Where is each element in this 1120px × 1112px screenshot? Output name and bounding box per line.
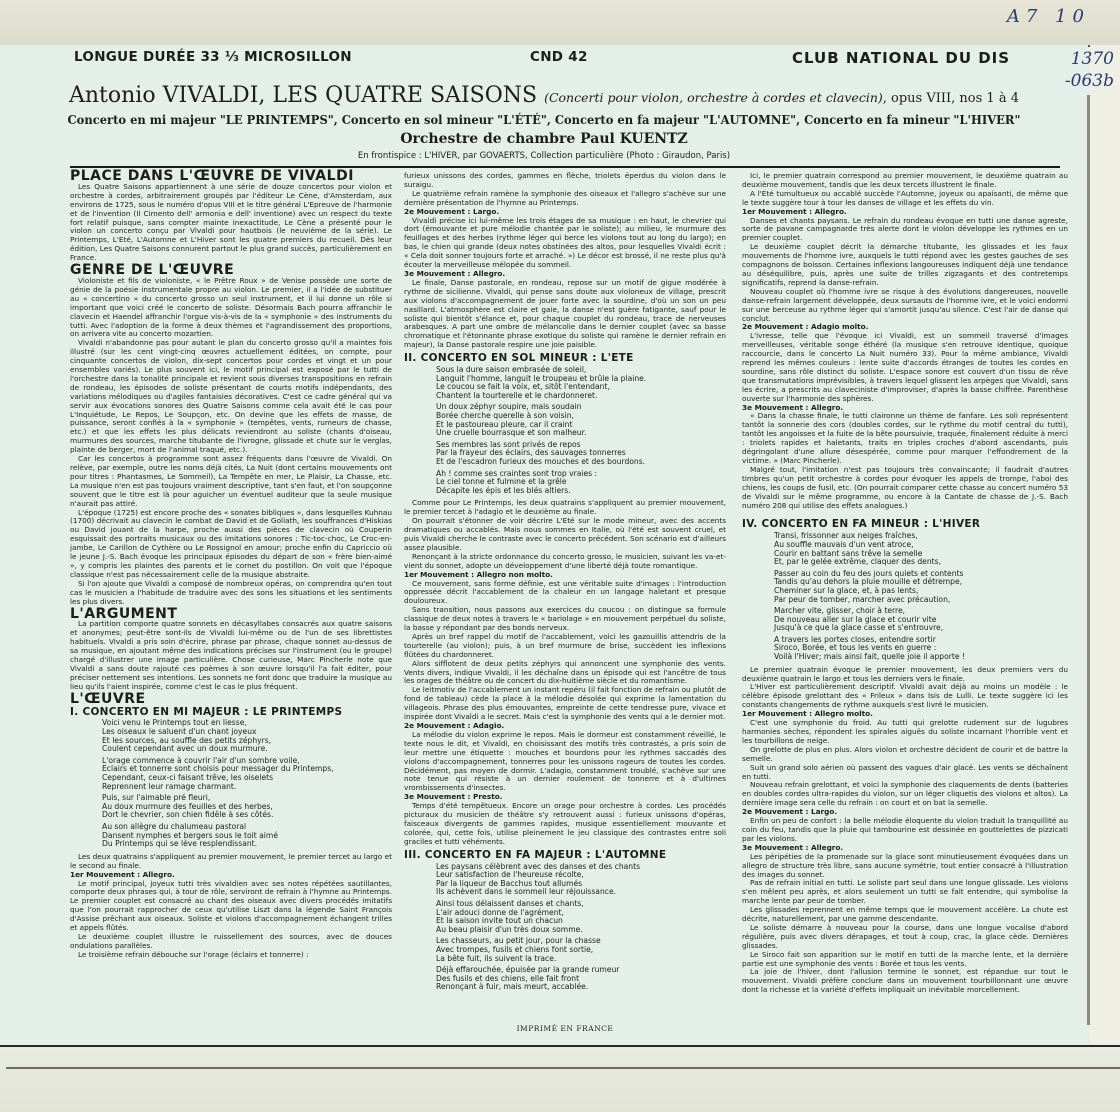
paragraph: Malgré tout, l'imitation n'est pas toujo…	[742, 466, 1068, 511]
paragraph: Le premier quatrain évoque le premier mo…	[742, 666, 1068, 684]
title-main: Antonio VIVALDI, LES QUATRE SAISONS	[69, 83, 537, 108]
column-3: Ici, le premier quatrain correspond au p…	[742, 172, 1068, 995]
paragraph: Le motif principal, joyeux tutti très vi…	[70, 880, 392, 933]
stanza: Passer au coin du feu des jours quiets e…	[774, 570, 1068, 604]
section-heading: PLACE DANS L'ŒUVRE DE VIVALDI	[70, 172, 392, 181]
stanza: Ses membres las sont privés de reposPar …	[436, 441, 726, 467]
title-opus: , opus VIII, nos 1 à 4	[883, 91, 1019, 106]
verse-line: Jusqu'à ce que la glace casse et s'entro…	[774, 624, 1068, 633]
paragraph: Si l'on ajoute que Vivaldi a composé de …	[70, 580, 392, 607]
paragraph: Sans transition, nous passons aux exerci…	[404, 606, 726, 633]
verse-line: Ils achèvent dans le sommeil leur réjoui…	[436, 888, 726, 897]
printed-in-france: IMPRIMÉ EN FRANCE	[404, 1024, 726, 1033]
verse-line: Coulent cependant avec un doux murmure.	[102, 745, 392, 754]
paragraph: Les Quatre Saisons appartiennent à une s…	[70, 183, 392, 263]
verse-line: Voilà l'Hiver; mais ainsi fait, quelle j…	[774, 653, 1068, 662]
stanza: L'orage commence à couvrir l'air d'un so…	[102, 757, 392, 791]
handwritten-note-top: A7 10	[1007, 6, 1090, 27]
paragraph: « Dans la chasse finale, le tutti clairo…	[742, 412, 1068, 465]
stanza: Un doux zéphyr soupire, mais soudainBoré…	[436, 403, 726, 437]
paragraph: Le troisième refrain débouche sur l'orag…	[70, 951, 392, 960]
paragraph: Vivaldi n'abandonne pas pour autant le p…	[70, 339, 392, 455]
stanza: Sous la dure saison embrasée de soleil,L…	[436, 366, 726, 400]
paragraph: Le deuxième couplet illustre le ruissell…	[70, 933, 392, 951]
album-subtitle: Concerto en mi majeur "LE PRINTEMPS", Co…	[44, 112, 1045, 127]
paragraph: Car les concertos à programme sont assez…	[70, 455, 392, 508]
concerto-heading: III. CONCERTO EN FA MAJEUR : L'AUTOMNE	[404, 851, 726, 860]
paragraph: Nouveau couplet où l'homme ivre se risqu…	[742, 288, 1068, 324]
verse-line: Du Printemps qui se lève resplendissant.	[102, 840, 392, 849]
paragraph: La partition comporte quatre sonnets en …	[70, 620, 392, 691]
concerto-heading: IV. CONCERTO EN FA MINEUR : L'HIVER	[742, 520, 1068, 529]
stanza: Les paysans célèbrent avec des danses et…	[436, 863, 726, 897]
paragraph: Le soliste démarre à nouveau pour la cou…	[742, 924, 1068, 951]
verse-line: Par peur de tomber, marcher avec précaut…	[774, 596, 1068, 605]
paragraph: La joie de l'hiver, dont l'allusion term…	[742, 968, 1068, 995]
stanza: Déjà effarouchée, épuisée par la grande …	[436, 966, 726, 992]
paragraph: L'ivresse, telle que l'évoque ici Vivald…	[742, 332, 1068, 403]
paragraph: C'est une symphonie du froid. Au tutti q…	[742, 719, 1068, 746]
verse-line: Au beau plaisir d'un très doux somme.	[436, 926, 726, 935]
paragraph: Enfin un peu de confort : la belle mélod…	[742, 817, 1068, 844]
verse-line: Décapite les épis et les blés altiers.	[436, 487, 726, 496]
paragraph: Le finale, Danse pastorale, en rondeau, …	[404, 279, 726, 350]
verse-line: La bête fuit, ils suivent la trace.	[436, 955, 726, 964]
paragraph: Vivaldi précise ici lui-même les trois é…	[404, 217, 726, 270]
sonnet-ete: Sous la dure saison embrasée de soleil,L…	[436, 366, 726, 495]
orchestra-credit: Orchestre de chambre Paul KUENTZ	[0, 131, 1088, 147]
verse-line: Et, par le gelée extrême, claquer des de…	[774, 558, 1068, 567]
paragraph: On pourrait s'étonner de voir décrire L'…	[404, 517, 726, 553]
stanza: Au son allègre du chalumeau pastoralDans…	[102, 823, 392, 849]
sleeve-right-strip	[1090, 45, 1120, 1055]
column-1: PLACE DANS L'ŒUVRE DE VIVALDI Les Quatre…	[70, 172, 392, 960]
paragraph: A l'Eté tumultueux ou accablé succède l'…	[742, 190, 1068, 208]
paragraph: Le deuxième couplet décrit la démarche t…	[742, 243, 1068, 288]
title-parenthetical: (Concerti pour violon, orchestre à corde…	[544, 90, 883, 105]
verse-line: Une cruelle bourrasque et son malheur.	[436, 429, 726, 438]
column-2: furieux unissons des cordes, gammes en f…	[404, 172, 726, 996]
sonnet-automne: Les paysans célèbrent avec des danses et…	[436, 863, 726, 992]
paragraph: furieux unissons des cordes, gammes en f…	[404, 172, 726, 190]
concerto-heading: I. CONCERTO EN MI MAJEUR : LE PRINTEMPS	[70, 708, 392, 717]
paragraph: Les deux quatrains s'appliquent au premi…	[70, 853, 392, 871]
paragraph: Le Siroco fait son apparition sur le mot…	[742, 951, 1068, 969]
paragraph: Renonçant à la stricte ordonnance du con…	[404, 553, 726, 571]
stanza: Ainsi tous délaissent danses et chants,L…	[436, 900, 726, 934]
record-header: LONGUE DURÉE 33 ⅓ MICROSILLON CND 42 CLU…	[0, 49, 1088, 69]
section-heading: GENRE DE L'ŒUVRE	[70, 266, 392, 275]
stanza: Les chasseurs, au petit jour, pour la ch…	[436, 937, 726, 963]
paragraph: Suit un grand solo aérien où passent des…	[742, 764, 1068, 782]
paragraph: Ce mouvement, sans forme définie, est un…	[404, 580, 726, 607]
sonnet-hiver: Transi, frissonner aux neiges fraîches,A…	[774, 532, 1068, 661]
sleeve-bottom-flap	[0, 1045, 1120, 1112]
paragraph: Les péripéties de la promenade sur la gl…	[742, 853, 1068, 880]
section-heading: L'ARGUMENT	[70, 610, 392, 619]
paragraph: Le quatrième refrain ramène la symphonie…	[404, 190, 726, 208]
sleeve-top-flap	[0, 0, 1120, 47]
paragraph: Danses et chants paysans. Le refrain du …	[742, 217, 1068, 244]
label-name: CLUB NATIONAL DU DIS	[792, 49, 1010, 67]
stanza: Voici venu le Printemps tout en liesse,L…	[102, 719, 392, 753]
paragraph: Le leitmotiv de l'accablement un instant…	[404, 686, 726, 722]
paragraph: Pas de refrain initial en tutti. Le soli…	[742, 879, 1068, 906]
paragraph: La mélodie du violon exprime le repos. M…	[404, 731, 726, 793]
paragraph: L'époque (1725) est encore proche des « …	[70, 509, 392, 580]
format-label: LONGUE DURÉE 33 ⅓ MICROSILLON	[74, 49, 352, 65]
paragraph: Nouveau refrain grelottant, et voici la …	[742, 781, 1068, 808]
paragraph: Après un bref rappel du motif de l'accab…	[404, 633, 726, 660]
concerto-heading: II. CONCERTO EN SOL MINEUR : L'ETE	[404, 354, 726, 363]
paragraph: Ici, le premier quatrain correspond au p…	[742, 172, 1068, 190]
section-heading: L'ŒUVRE	[70, 695, 392, 704]
stanza: Marcher vite, glisser, choir à terre,De …	[774, 607, 1068, 633]
verse-line: Dort le chevrier, son chien fidèle à ses…	[102, 811, 392, 820]
paragraph: Comme pour Le Printemps, les deux quatra…	[404, 499, 726, 517]
verse-line: Reprennent leur ramage charmant.	[102, 783, 392, 792]
verse-line: Renonçant à fuir, mais meurt, accablée.	[436, 983, 726, 992]
stanza: Transi, frissonner aux neiges fraîches,A…	[774, 532, 1068, 566]
paragraph: On grelotte de plus en plus. Alors violo…	[742, 746, 1068, 764]
sonnet-printemps: Voici venu le Printemps tout en liesse,L…	[102, 719, 392, 848]
stanza: A travers les portes closes, entendre so…	[774, 636, 1068, 662]
paragraph: Violoniste et fils de violoniste, « le P…	[70, 277, 392, 339]
catalog-number: CND 42	[530, 49, 588, 65]
paragraph: Temps d'été tempêtueux. Encore un orage …	[404, 802, 726, 847]
stanza: Puis, sur l'aimable pré fleuri,Au doux m…	[102, 794, 392, 820]
stanza: Ah ! comme ses craintes sont trop vraies…	[436, 470, 726, 496]
paragraph: L'Hiver est particulièrement descriptif.…	[742, 683, 1068, 710]
album-title: Antonio VIVALDI, LES QUATRE SAISONS (Con…	[0, 83, 1088, 108]
sleeve-right-edge	[1087, 95, 1090, 1025]
frontispiece-credit: En frontispice : L'HIVER, par GOVAERTS, …	[0, 151, 1088, 161]
verse-line: Chantent la tourterelle et le chardonner…	[436, 392, 726, 401]
paragraph: Les glissades reprennent en même temps q…	[742, 906, 1068, 924]
paragraph: Alors sifflotent de deux petits zéphyrs …	[404, 660, 726, 687]
verse-line: Et de l'escadron furieux des mouches et …	[436, 458, 726, 467]
